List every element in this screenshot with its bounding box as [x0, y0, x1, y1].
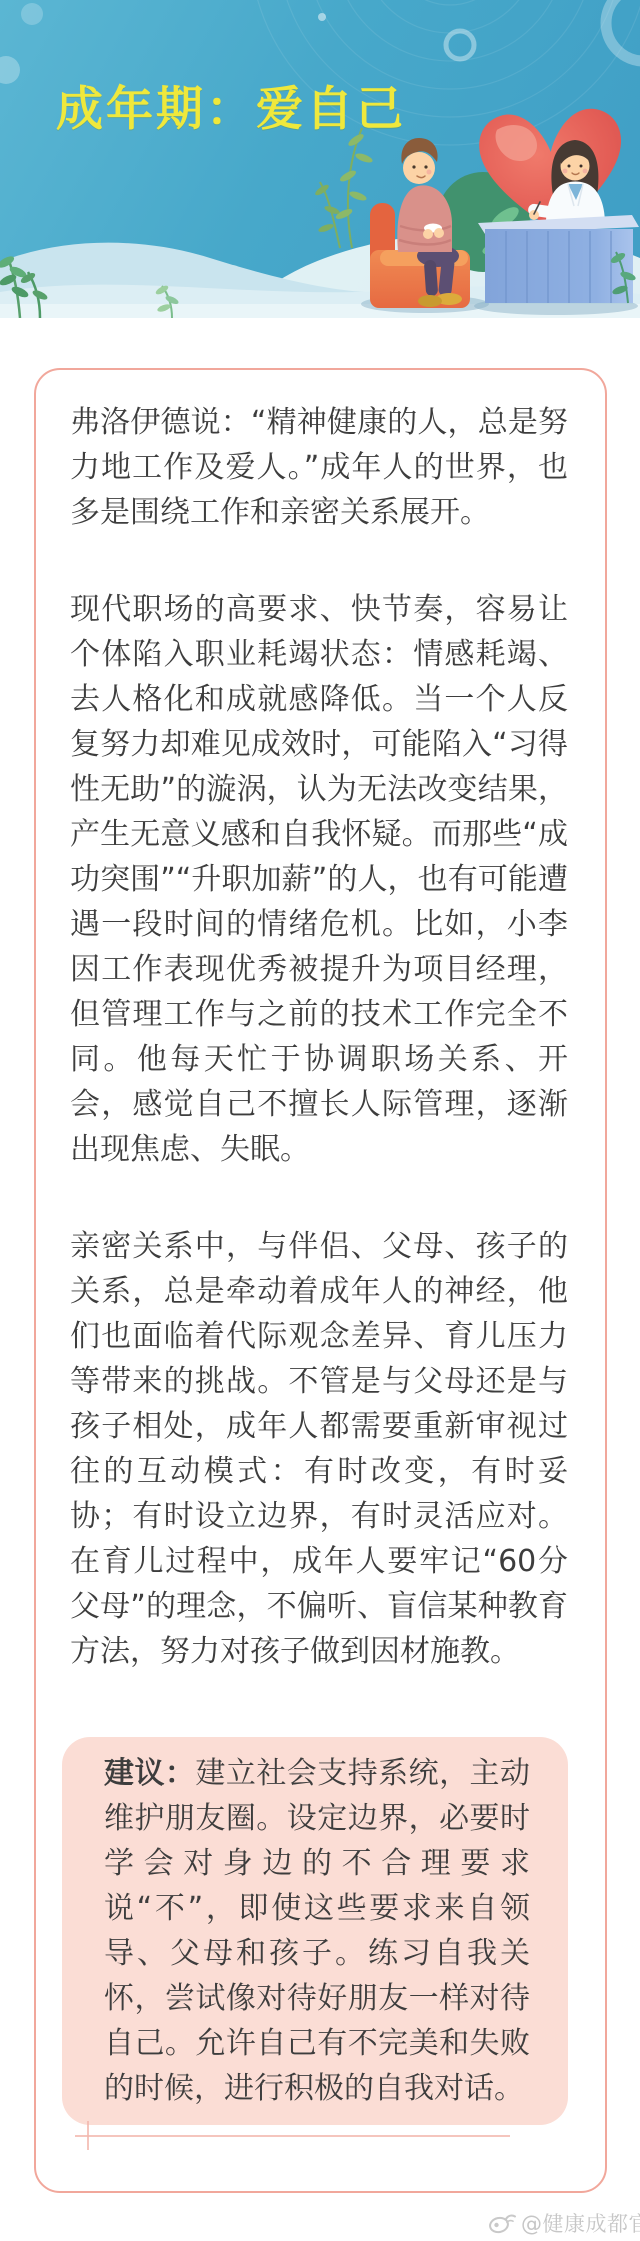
- suggestion-box: 建议：建立社会支持系统，主动维护朋友圈。设定边界，必要时学会对身边的不合理要求说…: [62, 1737, 568, 2125]
- suggestion-text: 建议：建立社会支持系统，主动维护朋友圈。设定边界，必要时学会对身边的不合理要求说…: [104, 1751, 530, 2111]
- watermark-handle: @健康成都官微: [521, 2208, 640, 2238]
- watermark: @健康成都官微: [488, 2208, 640, 2238]
- man-face: [403, 152, 435, 184]
- shoe: [418, 295, 442, 307]
- paragraph-freud-quote: 弗洛伊德说：“精神健康的人，总是努力地工作及爱人。”成年人的世界，也多是围绕工作…: [70, 400, 568, 535]
- article-card: 弗洛伊德说：“精神健康的人，总是努力地工作及爱人。”成年人的世界，也多是围绕工作…: [34, 368, 607, 2193]
- weibo-logo-icon: [488, 2211, 518, 2235]
- suggestion-body: 建立社会支持系统，主动维护朋友圈。设定边界，必要时学会对身边的不合理要求说“不”…: [104, 1756, 530, 2106]
- decorative-rule-horizontal: [75, 2135, 510, 2137]
- branch-left-of-chair: [314, 128, 374, 248]
- page-title: 成年期：爱自己: [56, 72, 406, 139]
- suggestion-label: 建议：: [104, 1756, 195, 1791]
- header-banner: 成年期：爱自己: [0, 0, 640, 318]
- paragraph-workplace-burnout: 现代职场的高要求、快节奏，容易让个体陷入职业耗竭状态：情感耗竭、去人格化和成就感…: [70, 587, 568, 1172]
- header-illustration: [0, 0, 640, 318]
- paragraph-relationships: 亲密关系中，与伴侣、父母、孩子的关系，总是牵动着成年人的神经，他们也面临着代际观…: [70, 1224, 568, 1674]
